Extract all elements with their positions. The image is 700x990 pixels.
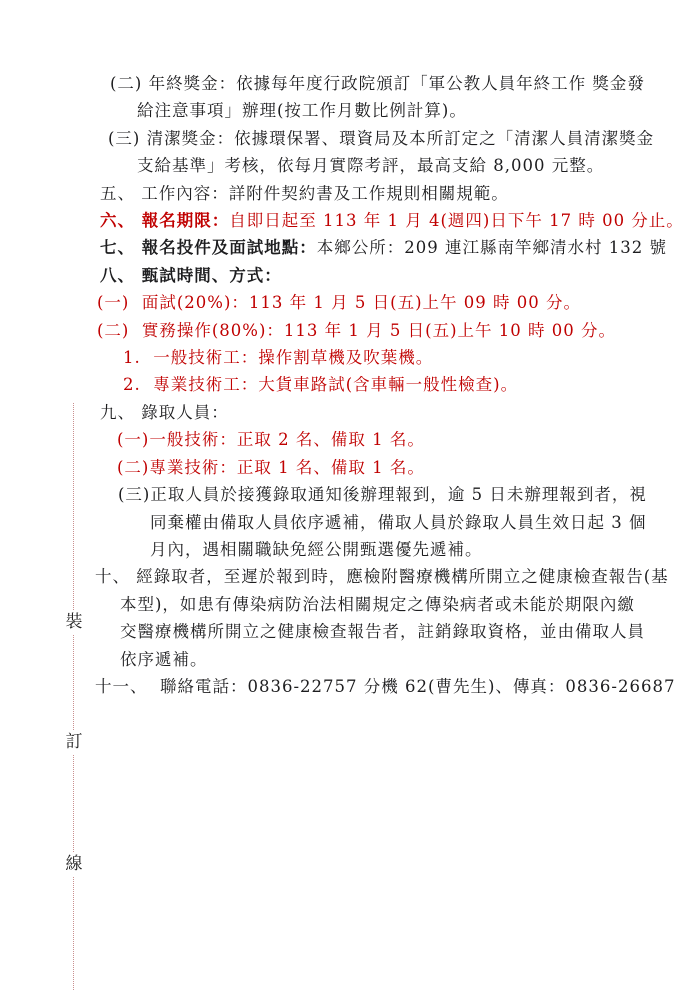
item-6-registration-deadline: 六、 報名期限：自即日起至 113 年 1 月 4(週四)日下午 17 時 00… xyxy=(100,212,700,239)
line-text: (二) 實務操作(80%)：113 年 1 月 5 日(五)上午 10 時 00… xyxy=(97,321,616,340)
line-text: 五、 工作內容：詳附件契約書及工作規則相關規範。 xyxy=(100,184,509,203)
item-11-contact-phone: 十一、 聯絡電話：0836-22757 分機 62(曹先生)、傳真：0836-2… xyxy=(95,678,700,705)
item-9-3-reporting-rule-cont2: 月內，遇相關職缺免經公開甄選優先遞補。 xyxy=(150,541,700,568)
item-9-admitted-personnel: 九、 錄取人員： xyxy=(100,404,700,431)
line-text: (三)正取人員於接獲錄取通知後辦理報到，逾 5 日未辦理報到者，視 xyxy=(118,485,647,504)
item-8-1-interview: (一) 面試(20%)：113 年 1 月 5 日(五)上午 09 時 00 分… xyxy=(97,294,700,321)
item-10-health-check-cont3: 依序遞補。 xyxy=(120,651,700,678)
line-text: 支給基準」考核，依每月實際考評，最高支給 8,000 元整。 xyxy=(137,156,604,175)
binding-char-xian: 線 xyxy=(64,852,84,877)
line-text: (一) 面試(20%)：113 年 1 月 5 日(五)上午 09 時 00 分… xyxy=(97,293,581,312)
line-heading: 八、 甄試時間、方式： xyxy=(100,266,282,285)
line-text: 本鄉公所：209 連江縣南竿鄉清水村 132 號 xyxy=(317,238,667,257)
line-text: (二) 年終獎金：依據每年度行政院頒訂「軍公教人員年終工作 獎金發 xyxy=(110,74,645,93)
item-8-2-1-general-technician: 1. 一般技術工：操作割草機及吹葉機。 xyxy=(123,349,700,376)
item-9-3-reporting-rule-cont1: 同棄權由備取人員依序遞補，備取人員於錄取人員生效日起 3 個 xyxy=(150,514,700,541)
item-9-2-professional-quota: (二)專業技術：正取 1 名、備取 1 名。 xyxy=(117,459,700,486)
line-text: 依序遞補。 xyxy=(120,650,208,669)
item-10-health-check: 十、 經錄取者，至遲於報到時，應檢附醫療機構所開立之健康檢查報告(基 xyxy=(95,568,700,595)
item-4-2-yearend-bonus-cont: 給注意事項」辦理(按工作月數比例計算)。 xyxy=(137,102,700,129)
line-text: 九、 錄取人員： xyxy=(100,403,229,422)
document-page: 裝 訂 線 (二) 年終獎金：依據每年度行政院頒訂「軍公教人員年終工作 獎金發 … xyxy=(0,0,700,990)
line-text: 十、 經錄取者，至遲於報到時，應檢附醫療機構所開立之健康檢查報告(基 xyxy=(95,567,669,586)
item-4-2-yearend-bonus: (二) 年終獎金：依據每年度行政院頒訂「軍公教人員年終工作 獎金發 xyxy=(110,75,700,102)
item-9-1-general-quota: (一)一般技術：正取 2 名、備取 1 名。 xyxy=(117,431,700,458)
item-10-health-check-cont1: 本型)，如患有傳染病防治法相關規定之傳染病者或未能於期限內繳 xyxy=(120,596,700,623)
item-8-2-2-professional-technician: 2. 專業技術工：大貨車路試(含車輛一般性檢查)。 xyxy=(123,376,700,403)
item-9-3-reporting-rule: (三)正取人員於接獲錄取通知後辦理報到，逾 5 日未辦理報到者，視 xyxy=(118,486,700,513)
line-text: 十一、 聯絡電話：0836-22757 分機 62(曹先生)、傳真：0836-2… xyxy=(95,677,675,696)
line-heading: 七、 報名投件及面試地點： xyxy=(100,238,317,257)
line-text: (二)專業技術：正取 1 名、備取 1 名。 xyxy=(117,458,425,477)
line-text: (三) 清潔獎金：依據環保署、環資局及本所訂定之「清潔人員清潔獎金 xyxy=(108,129,654,148)
item-5-job-content: 五、 工作內容：詳附件契約書及工作規則相關規範。 xyxy=(100,185,700,212)
line-text: 1. 一般技術工：操作割草機及吹葉機。 xyxy=(123,348,433,367)
line-text: 自即日起至 113 年 1 月 4(週四)日下午 17 時 00 分止。 xyxy=(229,211,684,230)
line-text: 給注意事項」辦理(按工作月數比例計算)。 xyxy=(137,101,467,120)
line-heading: 六、 報名期限： xyxy=(100,211,229,230)
item-8-exam-time-method: 八、 甄試時間、方式： xyxy=(100,267,700,294)
document-content: (二) 年終獎金：依據每年度行政院頒訂「軍公教人員年終工作 獎金發 給注意事項」… xyxy=(0,75,700,705)
line-text: 2. 專業技術工：大貨車路試(含車輛一般性檢查)。 xyxy=(123,375,518,394)
item-7-submission-location: 七、 報名投件及面試地點：本鄉公所：209 連江縣南竿鄉清水村 132 號 xyxy=(100,239,700,266)
line-text: 月內，遇相關職缺免經公開甄選優先遞補。 xyxy=(150,540,483,559)
line-text: (一)一般技術：正取 2 名、備取 1 名。 xyxy=(117,430,425,449)
item-4-3-cleaning-bonus: (三) 清潔獎金：依據環保署、環資局及本所訂定之「清潔人員清潔獎金 xyxy=(108,130,700,157)
binding-char-ding: 訂 xyxy=(64,730,84,755)
line-text: 交醫療機構所開立之健康檢查報告者，註銷錄取資格，並由備取人員 xyxy=(120,622,645,641)
line-text: 本型)，如患有傳染病防治法相關規定之傳染病者或未能於期限內繳 xyxy=(120,595,635,614)
item-8-2-practical-test: (二) 實務操作(80%)：113 年 1 月 5 日(五)上午 10 時 00… xyxy=(97,322,700,349)
item-10-health-check-cont2: 交醫療機構所開立之健康檢查報告者，註銷錄取資格，並由備取人員 xyxy=(120,623,700,650)
line-text: 同棄權由備取人員依序遞補，備取人員於錄取人員生效日起 3 個 xyxy=(150,513,647,532)
item-4-3-cleaning-bonus-cont: 支給基準」考核，依每月實際考評，最高支給 8,000 元整。 xyxy=(137,157,700,184)
